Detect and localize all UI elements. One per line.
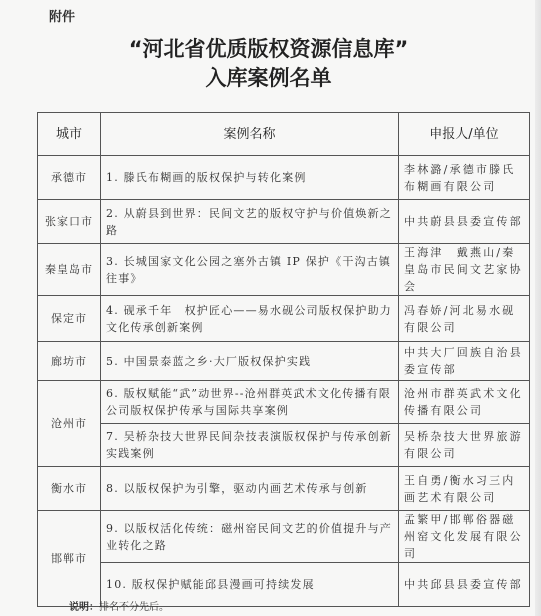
table-row: 衡水市 8. 以版权保护为引擎，驱动内画艺术传承与创新 王自勇/衡水习三内画艺术… <box>38 467 530 511</box>
applicant-cell: 李林潞/承德市滕氏布糊画有限公司 <box>399 156 530 200</box>
city-cell: 沧州市 <box>38 381 101 467</box>
footnote: 说明：排名不分先后。 <box>69 598 169 613</box>
footnote-label: 说明： <box>69 602 99 613</box>
applicant-cell: 王自勇/衡水习三内画艺术有限公司 <box>399 467 530 511</box>
case-list-table: 城市 案例名称 申报人/单位 承德市 1. 滕氏布糊画的版权保护与转化案例 李林… <box>37 112 530 607</box>
city-cell: 秦皇岛市 <box>38 244 101 296</box>
case-name-cell: 8. 以版权保护为引擎，驱动内画艺术传承与创新 <box>101 467 399 511</box>
case-name-cell: 2. 从蔚县到世界：民间文艺的版权守护与价值焕新之路 <box>101 200 399 244</box>
applicant-cell: 冯春娇/河北易水砚有限公司 <box>399 296 530 342</box>
table-row: 7. 吴桥杂技大世界民间杂技表演版权保护与传承创新实践案例 吴桥杂技大世界旅游有… <box>38 424 530 467</box>
city-cell: 承德市 <box>38 156 101 200</box>
header-applicant: 申报人/单位 <box>399 113 530 156</box>
header-city: 城市 <box>38 113 101 156</box>
attachment-label: 附件 <box>49 6 75 25</box>
case-name-cell: 7. 吴桥杂技大世界民间杂技表演版权保护与传承创新实践案例 <box>101 424 399 467</box>
applicant-cell: 王海津 戴燕山/秦皇岛市民间文艺家协会 <box>399 244 530 296</box>
applicant-cell: 中共大厂回族自治县委宣传部 <box>399 342 530 381</box>
city-cell: 廊坊市 <box>38 342 101 381</box>
case-name-cell: 4. 砚承千年 权护匠心——易水砚公司版权保护助力文化传承创新案例 <box>101 296 399 342</box>
table-row: 保定市 4. 砚承千年 权护匠心——易水砚公司版权保护助力文化传承创新案例 冯春… <box>38 296 530 342</box>
city-cell: 张家口市 <box>38 200 101 244</box>
document-subtitle: 入库案例名单 <box>0 62 539 92</box>
case-name-cell: 5. 中国景泰蓝之乡·大厂版权保护实践 <box>101 342 399 381</box>
table-row: 邯郸市 9. 以版权活化传统：磁州窑民间文艺的价值提升与产业转化之路 孟繁甲/邯… <box>38 511 530 563</box>
applicant-cell: 中共邱县县委宣传部 <box>399 563 530 607</box>
applicant-cell: 沧州市群英武术文化传播有限公司 <box>399 381 530 424</box>
table-header-row: 城市 案例名称 申报人/单位 <box>38 113 530 156</box>
table-row: 承德市 1. 滕氏布糊画的版权保护与转化案例 李林潞/承德市滕氏布糊画有限公司 <box>38 156 530 200</box>
header-case-name: 案例名称 <box>101 113 399 156</box>
table-row: 廊坊市 5. 中国景泰蓝之乡·大厂版权保护实践 中共大厂回族自治县委宣传部 <box>38 342 530 381</box>
city-cell: 保定市 <box>38 296 101 342</box>
case-name-cell: 1. 滕氏布糊画的版权保护与转化案例 <box>101 156 399 200</box>
table-row: 张家口市 2. 从蔚县到世界：民间文艺的版权守护与价值焕新之路 中共蔚县县委宣传… <box>38 200 530 244</box>
footnote-text: 排名不分先后。 <box>99 602 169 613</box>
city-cell: 衡水市 <box>38 467 101 511</box>
page-edge <box>535 0 541 616</box>
applicant-cell: 孟繁甲/邯郸俗器磁州窑文化发展有限公司 <box>399 511 530 563</box>
document-title: “河北省优质版权资源信息库” <box>0 33 539 63</box>
table-row: 沧州市 6. 版权赋能“武”动世界--沧州群英武术文化传播有限公司版权保护传承与… <box>38 381 530 424</box>
applicant-cell: 中共蔚县县委宣传部 <box>399 200 530 244</box>
case-name-cell: 9. 以版权活化传统：磁州窑民间文艺的价值提升与产业转化之路 <box>101 511 399 563</box>
applicant-cell: 吴桥杂技大世界旅游有限公司 <box>399 424 530 467</box>
case-name-cell: 6. 版权赋能“武”动世界--沧州群英武术文化传播有限公司版权保护传承与国际共享… <box>101 381 399 424</box>
table-row: 秦皇岛市 3. 长城国家文化公园之塞外古镇 IP 保护《干沟古镇往事》 王海津 … <box>38 244 530 296</box>
city-cell: 邯郸市 <box>38 511 101 607</box>
case-name-cell: 3. 长城国家文化公园之塞外古镇 IP 保护《干沟古镇往事》 <box>101 244 399 296</box>
